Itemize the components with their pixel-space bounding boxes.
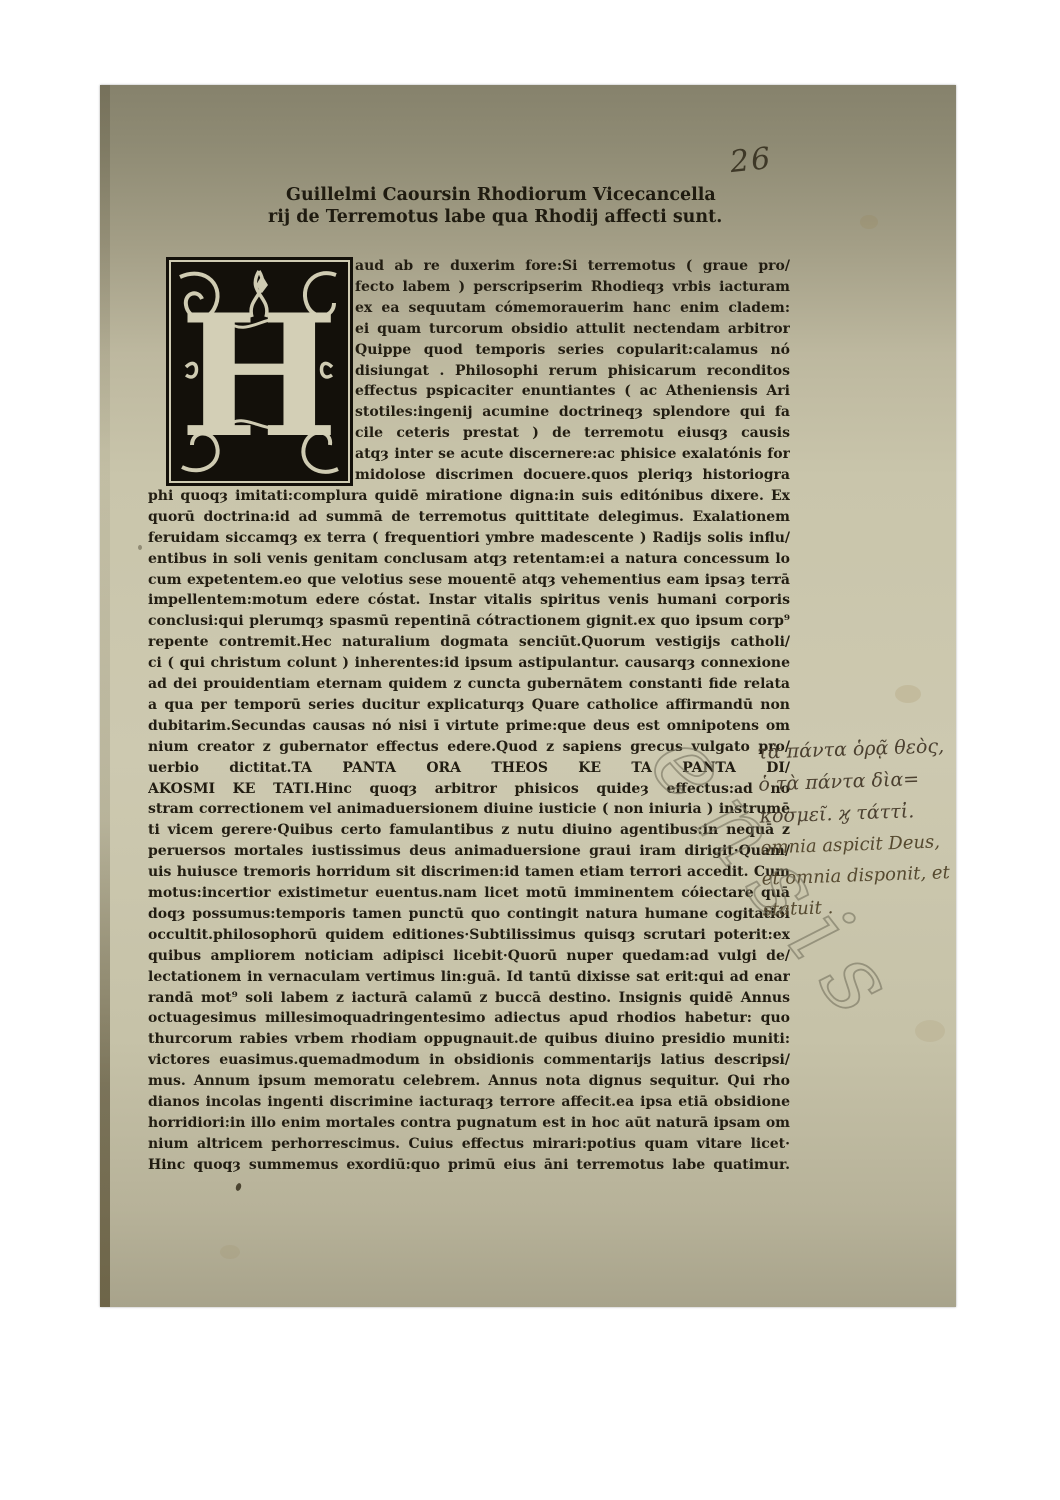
body-line: peruersos mortales iustissimus deus anim… bbox=[148, 841, 790, 862]
body-line: dubitarim.Secundas causas nó nisi ī virt… bbox=[148, 716, 790, 737]
body-line: uerbio dictitat.TA PANTA ORA THEOS KE TA… bbox=[148, 758, 790, 779]
body-line: phi quoqȝ imitati:complura quidē miratio… bbox=[148, 486, 790, 507]
body-line: disiungat . Philosophi rerum phisicarum … bbox=[355, 361, 790, 382]
body-line: doqȝ possumus:temporis tamen punctū quo … bbox=[148, 904, 790, 925]
body-line: stram correctionem vel animaduersionem d… bbox=[148, 799, 790, 820]
body-line: AKOSMI KE TATI.Hinc quoqȝ arbitror phisi… bbox=[148, 779, 790, 800]
body-line: lectationem in vernaculam vertimus lin:g… bbox=[148, 967, 790, 988]
body-line: ei quam turcorum obsidio attulit nectend… bbox=[355, 319, 790, 340]
body-line: ex ea sequutam cómemorauerim hanc enim c… bbox=[355, 298, 790, 319]
body-line: randā mot⁹ soli labem z iacturā calamū z… bbox=[148, 988, 790, 1009]
body-line: fecto labem ) perscripserim Rhodieqȝ vrb… bbox=[355, 277, 790, 298]
foxing-spot bbox=[220, 1245, 240, 1259]
body-line: repente contremit.Hec naturalium dogmata… bbox=[148, 632, 790, 653]
ink-speck bbox=[235, 1182, 242, 1191]
body-line: effectus pspicaciter enuntiantes ( ac At… bbox=[355, 381, 790, 402]
foxing-spot bbox=[860, 215, 878, 229]
body-line: ti vicem gerere·Quibus certo famulantibu… bbox=[148, 820, 790, 841]
marginalia-latin-line: statuit . bbox=[762, 887, 973, 925]
body-line: impellentem:motum edere cóstat. Instar v… bbox=[148, 590, 790, 611]
body-line: entibus in soli venis genitam conclusam … bbox=[148, 549, 790, 570]
body-line: octuagesimus millesimoquadringentesimo a… bbox=[148, 1008, 790, 1029]
body-line: horridiori:in illo enim mortales contra … bbox=[148, 1113, 790, 1134]
body-line: stotiles:ingenij acumine doctrineqȝ sple… bbox=[355, 402, 790, 423]
body-line: motus:incertior existimetur euentus.nam … bbox=[148, 883, 790, 904]
page-number: 26 bbox=[728, 141, 774, 180]
body-line: Hinc quoqȝ summemus exordiū:quo primū ei… bbox=[148, 1155, 790, 1176]
body-line: mus. Annum ipsum memoratu celebrem. Annu… bbox=[148, 1071, 790, 1092]
foxing-spot bbox=[895, 685, 921, 703]
body-line: victores euasimus.quemadmodum in obsidio… bbox=[148, 1050, 790, 1071]
body-line: uis huiusce tremoris horridum sit discri… bbox=[148, 862, 790, 883]
body-line: quibus ampliorem noticiam adipisci liceb… bbox=[148, 946, 790, 967]
body-line: cile ceteris prestat ) de terremotu eius… bbox=[355, 423, 790, 444]
ink-speck bbox=[138, 545, 142, 550]
marginalia-latin: omnia aspicit Deus,et omnia disponit, et… bbox=[760, 825, 973, 925]
foxing-spot bbox=[915, 1020, 945, 1042]
body-line: occultit.philosophorū quidem editiones·S… bbox=[148, 925, 790, 946]
body-line: aud ab re duxerim fore:Si terremotus ( g… bbox=[355, 256, 790, 277]
body-line: quorū doctrina:id ad summā de terremotus… bbox=[148, 507, 790, 528]
heading-line-2: rij de Terremotus labe qua Rhodij affect… bbox=[268, 207, 708, 227]
body-line: feruidam siccamqȝ ex terra ( frequentior… bbox=[148, 528, 790, 549]
body-line: Quippe quod temporis series copularit:ca… bbox=[355, 340, 790, 361]
main-text-block: aud ab re duxerim fore:Si terremotus ( g… bbox=[148, 256, 790, 1181]
body-line: ad dei prouidentiam eternam quidem z cun… bbox=[148, 674, 790, 695]
marginalia-block: τὰ πάντα ὁρᾷ θεὸς,ὁ τὰ πάντα δὶα=κοσμεῖ.… bbox=[757, 729, 973, 925]
body-line: conclusi:qui plerumqȝ spasmū repentinā c… bbox=[148, 611, 790, 632]
body-line: nium altricem perhorrescimus. Cuius effe… bbox=[148, 1134, 790, 1155]
body-line: cum expetentem.eo que velotius sese moue… bbox=[148, 570, 790, 591]
heading-line-1: Guillelmi Caoursin Rhodiorum Vicecancell… bbox=[286, 185, 706, 205]
body-line: midolose discrimen docuere.quos pleriqȝ … bbox=[355, 465, 790, 486]
body-line: ci ( qui christum colunt ) inherentes:id… bbox=[148, 653, 790, 674]
page-scan: 26 Guillelmi Caoursin Rhodiorum Vicecanc… bbox=[100, 85, 956, 1307]
body-line: atqȝ inter se acute discernere:ac phisic… bbox=[355, 444, 790, 465]
gutter-shadow bbox=[100, 85, 110, 1307]
marginalia-greek: τὰ πάντα ὁρᾷ θεὸς,ὁ τὰ πάντα δὶα=κοσμεῖ.… bbox=[757, 729, 970, 832]
body-line: a qua per temporū series ducitur explica… bbox=[148, 695, 790, 716]
body-line: nium creator z gubernator effectus edere… bbox=[148, 737, 790, 758]
body-line: dianos incolas ingenti discrimine iactur… bbox=[148, 1092, 790, 1113]
body-line: thurcorum rabies vrbem rhodiam oppugnaui… bbox=[148, 1029, 790, 1050]
